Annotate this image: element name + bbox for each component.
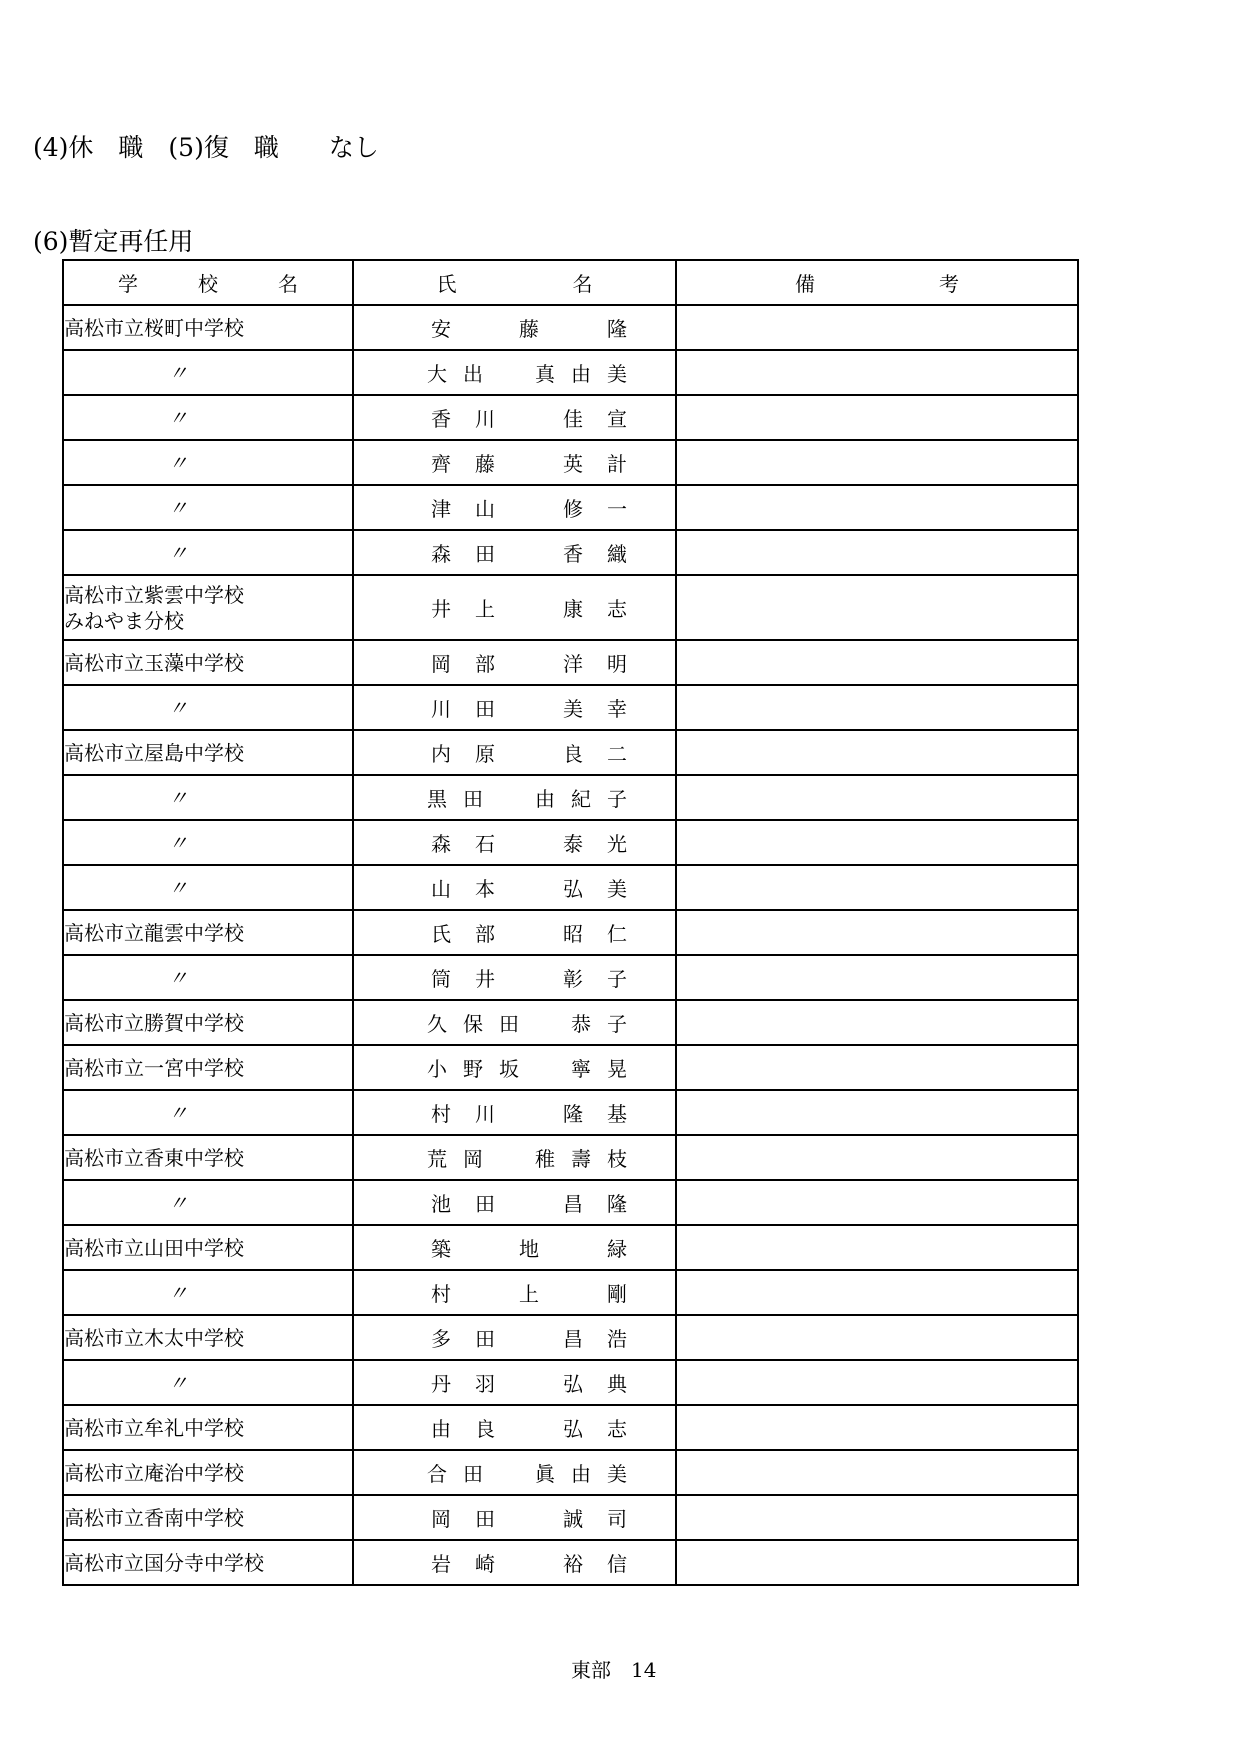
table-row: 〃森石泰光 (63, 820, 1078, 865)
table-row: 〃池田昌隆 (63, 1180, 1078, 1225)
column-header-name: 氏 名 (353, 260, 676, 305)
name-char: 齊 (431, 448, 451, 477)
name-char: 崎 (475, 1548, 495, 1577)
table-row: 〃村上剛 (63, 1270, 1078, 1315)
column-header-char: 考 (939, 268, 959, 297)
table-row: 〃黒田由紀子 (63, 775, 1078, 820)
name-char: 氏 (431, 918, 451, 947)
person-name-cell: 安藤隆 (353, 305, 676, 350)
person-name-cell: 村川隆基 (353, 1090, 676, 1135)
person-name-cell: 山本弘美 (353, 865, 676, 910)
column-header-remarks: 備 考 (676, 260, 1078, 305)
name-char: 剛 (607, 1278, 627, 1307)
name-char: 合 (427, 1458, 447, 1487)
school-ditto-mark: 〃 (63, 1090, 353, 1135)
name-char: 泰 (563, 828, 583, 857)
name-char: 田 (463, 1458, 483, 1487)
name-char: 隆 (563, 1098, 583, 1127)
name-char: 昭 (563, 918, 583, 947)
name-char: 美 (563, 693, 583, 722)
person-name-cell: 筒井彰子 (353, 955, 676, 1000)
name-char: 上 (519, 1278, 539, 1307)
school-ditto-mark: 〃 (63, 485, 353, 530)
name-char: 隆 (607, 1188, 627, 1217)
person-name-cell: 岡田誠司 (353, 1495, 676, 1540)
name-char: 計 (607, 448, 627, 477)
person-name-cell: 築地緑 (353, 1225, 676, 1270)
name-char: 田 (475, 693, 495, 722)
name-char: 山 (431, 873, 451, 902)
remarks-cell (676, 1135, 1078, 1180)
name-char: 康 (563, 593, 583, 622)
person-name-cell: 小野坂寧晃 (353, 1045, 676, 1090)
remarks-cell (676, 1315, 1078, 1360)
table-row: 高松市立屋島中学校内原良二 (63, 730, 1078, 775)
name-char: 地 (519, 1233, 539, 1262)
person-name-cell: 岡部洋明 (353, 640, 676, 685)
name-char: 二 (607, 738, 627, 767)
person-name-cell: 黒田由紀子 (353, 775, 676, 820)
school-name-cell: 高松市立桜町中学校 (63, 305, 353, 350)
name-char: 弘 (563, 1368, 583, 1397)
name-char: 石 (475, 828, 495, 857)
table-row: 〃津山修一 (63, 485, 1078, 530)
name-char: 上 (475, 593, 495, 622)
table-row: 高松市立木太中学校多田昌浩 (63, 1315, 1078, 1360)
remarks-cell (676, 305, 1078, 350)
name-char: 佳 (563, 403, 583, 432)
person-name-cell: 荒岡稚壽枝 (353, 1135, 676, 1180)
name-char: 築 (431, 1233, 451, 1262)
table-row: 高松市立牟礼中学校由良弘志 (63, 1405, 1078, 1450)
heading-suspension-reinstatement: (4)休 職 (5)復 職 なし (33, 128, 379, 164)
remarks-cell (676, 1225, 1078, 1270)
name-char: 昌 (563, 1323, 583, 1352)
name-char: 一 (607, 493, 627, 522)
name-char: 真 (535, 358, 555, 387)
person-name-cell: 香川佳宣 (353, 395, 676, 440)
name-char: 晃 (607, 1053, 627, 1082)
name-char: 裕 (563, 1548, 583, 1577)
name-char: 出 (463, 358, 483, 387)
name-char: 由 (571, 1458, 591, 1487)
person-name-cell: 丹羽弘典 (353, 1360, 676, 1405)
table-row: 〃丹羽弘典 (63, 1360, 1078, 1405)
remarks-cell (676, 485, 1078, 530)
page-footer: 東部 14 (571, 1654, 656, 1683)
school-ditto-mark: 〃 (63, 1270, 353, 1315)
name-char: 典 (607, 1368, 627, 1397)
table-row: 〃川田美幸 (63, 685, 1078, 730)
remarks-cell (676, 575, 1078, 640)
name-char: 浩 (607, 1323, 627, 1352)
table-row: 〃香川佳宣 (63, 395, 1078, 440)
name-char: 仁 (607, 918, 627, 947)
name-char: 眞 (535, 1458, 555, 1487)
name-char: 部 (475, 648, 495, 677)
table-row: 高松市立山田中学校築地緑 (63, 1225, 1078, 1270)
school-name-cell: 高松市立山田中学校 (63, 1225, 353, 1270)
person-name-cell: 多田昌浩 (353, 1315, 676, 1360)
table-row: 高松市立一宮中学校小野坂寧晃 (63, 1045, 1078, 1090)
name-char: 信 (607, 1548, 627, 1577)
name-char: 小 (427, 1053, 447, 1082)
person-name-cell: 久保田恭子 (353, 1000, 676, 1045)
name-char: 黒 (427, 783, 447, 812)
name-char: 恭 (571, 1008, 591, 1037)
table-body: 高松市立桜町中学校安藤隆〃大出真由美〃香川佳宣〃齊藤英計〃津山修一〃森田香織高松… (63, 305, 1078, 1585)
person-name-cell: 齊藤英計 (353, 440, 676, 485)
name-char: 筒 (431, 963, 451, 992)
name-char: 光 (607, 828, 627, 857)
name-char: 岩 (431, 1548, 451, 1577)
column-header-school: 学 校 名 (63, 260, 353, 305)
column-header-char: 氏 (437, 268, 457, 297)
table-row: 高松市立桜町中学校安藤隆 (63, 305, 1078, 350)
table-row: 高松市立紫雲中学校 みねやま分校井上康志 (63, 575, 1078, 640)
heading-provisional-reemployment: (6)暫定再任用 (33, 222, 193, 258)
person-name-cell: 合田眞由美 (353, 1450, 676, 1495)
remarks-cell (676, 910, 1078, 955)
name-char: 紀 (571, 783, 591, 812)
name-char: 枝 (607, 1143, 627, 1172)
name-char: 緑 (607, 1233, 627, 1262)
person-name-cell: 森田香織 (353, 530, 676, 575)
remarks-cell (676, 1495, 1078, 1540)
school-name-cell: 高松市立庵治中学校 (63, 1450, 353, 1495)
school-ditto-mark: 〃 (63, 530, 353, 575)
person-name-cell: 氏部昭仁 (353, 910, 676, 955)
name-char: 寧 (571, 1053, 591, 1082)
name-char: 岡 (463, 1143, 483, 1172)
remarks-cell (676, 530, 1078, 575)
name-char: 司 (607, 1503, 627, 1532)
name-char: 田 (475, 1188, 495, 1217)
name-char: 山 (475, 493, 495, 522)
column-header-char: 備 (795, 268, 815, 297)
name-char: 彰 (563, 963, 583, 992)
school-ditto-mark: 〃 (63, 775, 353, 820)
name-char: 子 (607, 783, 627, 812)
school-name-cell: 高松市立玉藻中学校 (63, 640, 353, 685)
name-char: 井 (431, 593, 451, 622)
table-row: 〃村川隆基 (63, 1090, 1078, 1135)
name-char: 美 (607, 873, 627, 902)
name-char: 田 (463, 783, 483, 812)
school-name-cell: 高松市立紫雲中学校 みねやま分校 (63, 575, 353, 640)
name-char: 久 (427, 1008, 447, 1037)
name-char: 村 (431, 1278, 451, 1307)
name-char: 野 (463, 1053, 483, 1082)
column-header-char: 学 (118, 268, 138, 297)
name-char: 良 (475, 1413, 495, 1442)
table-row: 高松市立勝賀中学校久保田恭子 (63, 1000, 1078, 1045)
table-row: 高松市立庵治中学校合田眞由美 (63, 1450, 1078, 1495)
person-name-cell: 内原良二 (353, 730, 676, 775)
school-name-cell: 高松市立一宮中学校 (63, 1045, 353, 1090)
name-char: 藤 (475, 448, 495, 477)
name-char: 良 (563, 738, 583, 767)
name-char: 荒 (427, 1143, 447, 1172)
table-row: 〃筒井彰子 (63, 955, 1078, 1000)
name-char: 香 (563, 538, 583, 567)
table-row: 高松市立香東中学校荒岡稚壽枝 (63, 1135, 1078, 1180)
name-char: 森 (431, 828, 451, 857)
name-char: 明 (607, 648, 627, 677)
table-row: 〃森田香織 (63, 530, 1078, 575)
name-char: 子 (607, 1008, 627, 1037)
person-name-cell: 津山修一 (353, 485, 676, 530)
person-name-cell: 森石泰光 (353, 820, 676, 865)
remarks-cell (676, 440, 1078, 485)
name-char: 壽 (571, 1143, 591, 1172)
table-row: 高松市立国分寺中学校岩崎裕信 (63, 1540, 1078, 1585)
name-char: 由 (535, 783, 555, 812)
remarks-cell (676, 730, 1078, 775)
school-ditto-mark: 〃 (63, 350, 353, 395)
name-char: 坂 (499, 1053, 519, 1082)
name-char: 田 (475, 538, 495, 567)
name-char: 昌 (563, 1188, 583, 1217)
column-header-char: 名 (278, 268, 298, 297)
remarks-cell (676, 350, 1078, 395)
name-char: 織 (607, 538, 627, 567)
remarks-cell (676, 685, 1078, 730)
remarks-cell (676, 1090, 1078, 1135)
school-ditto-mark: 〃 (63, 395, 353, 440)
school-name-cell: 高松市立香東中学校 (63, 1135, 353, 1180)
school-ditto-mark: 〃 (63, 440, 353, 485)
school-ditto-mark: 〃 (63, 820, 353, 865)
name-char: 津 (431, 493, 451, 522)
name-char: 稚 (535, 1143, 555, 1172)
table-row: 高松市立龍雲中学校氏部昭仁 (63, 910, 1078, 955)
table-header-row: 学 校 名 氏 名 備 考 (63, 260, 1078, 305)
remarks-cell (676, 1270, 1078, 1315)
school-name-cell: 高松市立牟礼中学校 (63, 1405, 353, 1450)
name-char: 原 (475, 738, 495, 767)
name-char: 池 (431, 1188, 451, 1217)
person-name-cell: 岩崎裕信 (353, 1540, 676, 1585)
name-char: 内 (431, 738, 451, 767)
school-name-cell: 高松市立木太中学校 (63, 1315, 353, 1360)
remarks-cell (676, 395, 1078, 440)
school-name-cell: 高松市立香南中学校 (63, 1495, 353, 1540)
name-char: 香 (431, 403, 451, 432)
table-row: 高松市立香南中学校岡田誠司 (63, 1495, 1078, 1540)
name-char: 宣 (607, 403, 627, 432)
name-char: 川 (475, 403, 495, 432)
name-char: 弘 (563, 1413, 583, 1442)
name-char: 安 (431, 313, 451, 342)
remarks-cell (676, 1540, 1078, 1585)
name-char: 幸 (607, 693, 627, 722)
column-header-char: 校 (198, 268, 218, 297)
name-char: 井 (475, 963, 495, 992)
school-ditto-mark: 〃 (63, 1180, 353, 1225)
name-char: 由 (431, 1413, 451, 1442)
person-name-cell: 池田昌隆 (353, 1180, 676, 1225)
remarks-cell (676, 820, 1078, 865)
table-row: 高松市立玉藻中学校岡部洋明 (63, 640, 1078, 685)
school-name-cell: 高松市立龍雲中学校 (63, 910, 353, 955)
name-char: 修 (563, 493, 583, 522)
name-char: 基 (607, 1098, 627, 1127)
name-char: 由 (571, 358, 591, 387)
name-char: 岡 (431, 648, 451, 677)
name-char: 羽 (475, 1368, 495, 1397)
name-char: 田 (499, 1008, 519, 1037)
name-char: 多 (431, 1323, 451, 1352)
name-char: 田 (475, 1323, 495, 1352)
remarks-cell (676, 775, 1078, 820)
remarks-cell (676, 640, 1078, 685)
remarks-cell (676, 1045, 1078, 1090)
name-char: 森 (431, 538, 451, 567)
school-name-cell: 高松市立屋島中学校 (63, 730, 353, 775)
remarks-cell (676, 1360, 1078, 1405)
person-name-cell: 川田美幸 (353, 685, 676, 730)
name-char: 誠 (563, 1503, 583, 1532)
name-char: 英 (563, 448, 583, 477)
person-name-cell: 由良弘志 (353, 1405, 676, 1450)
name-char: 洋 (563, 648, 583, 677)
remarks-cell (676, 1405, 1078, 1450)
name-char: 村 (431, 1098, 451, 1127)
remarks-cell (676, 1000, 1078, 1045)
name-char: 藤 (519, 313, 539, 342)
school-ditto-mark: 〃 (63, 685, 353, 730)
table-row: 〃大出真由美 (63, 350, 1078, 395)
name-char: 美 (607, 358, 627, 387)
name-char: 隆 (607, 313, 627, 342)
column-header-char: 名 (573, 268, 593, 297)
name-char: 大 (427, 358, 447, 387)
reemployment-table: 学 校 名 氏 名 備 考 高松市立桜町中学校安藤隆〃大出真由美〃香川佳宣〃齊藤… (62, 259, 1079, 1586)
school-name-cell: 高松市立国分寺中学校 (63, 1540, 353, 1585)
remarks-cell (676, 1450, 1078, 1495)
name-char: 志 (607, 1413, 627, 1442)
name-char: 志 (607, 593, 627, 622)
person-name-cell: 大出真由美 (353, 350, 676, 395)
remarks-cell (676, 955, 1078, 1000)
remarks-cell (676, 1180, 1078, 1225)
name-char: 美 (607, 1458, 627, 1487)
person-name-cell: 井上康志 (353, 575, 676, 640)
name-char: 子 (607, 963, 627, 992)
name-char: 部 (475, 918, 495, 947)
name-char: 川 (475, 1098, 495, 1127)
name-char: 田 (475, 1503, 495, 1532)
table-row: 〃山本弘美 (63, 865, 1078, 910)
school-ditto-mark: 〃 (63, 865, 353, 910)
school-ditto-mark: 〃 (63, 955, 353, 1000)
name-char: 川 (431, 693, 451, 722)
name-char: 岡 (431, 1503, 451, 1532)
name-char: 本 (475, 873, 495, 902)
school-name-cell: 高松市立勝賀中学校 (63, 1000, 353, 1045)
table-row: 〃齊藤英計 (63, 440, 1078, 485)
name-char: 丹 (431, 1368, 451, 1397)
remarks-cell (676, 865, 1078, 910)
school-ditto-mark: 〃 (63, 1360, 353, 1405)
person-name-cell: 村上剛 (353, 1270, 676, 1315)
name-char: 保 (463, 1008, 483, 1037)
name-char: 弘 (563, 873, 583, 902)
